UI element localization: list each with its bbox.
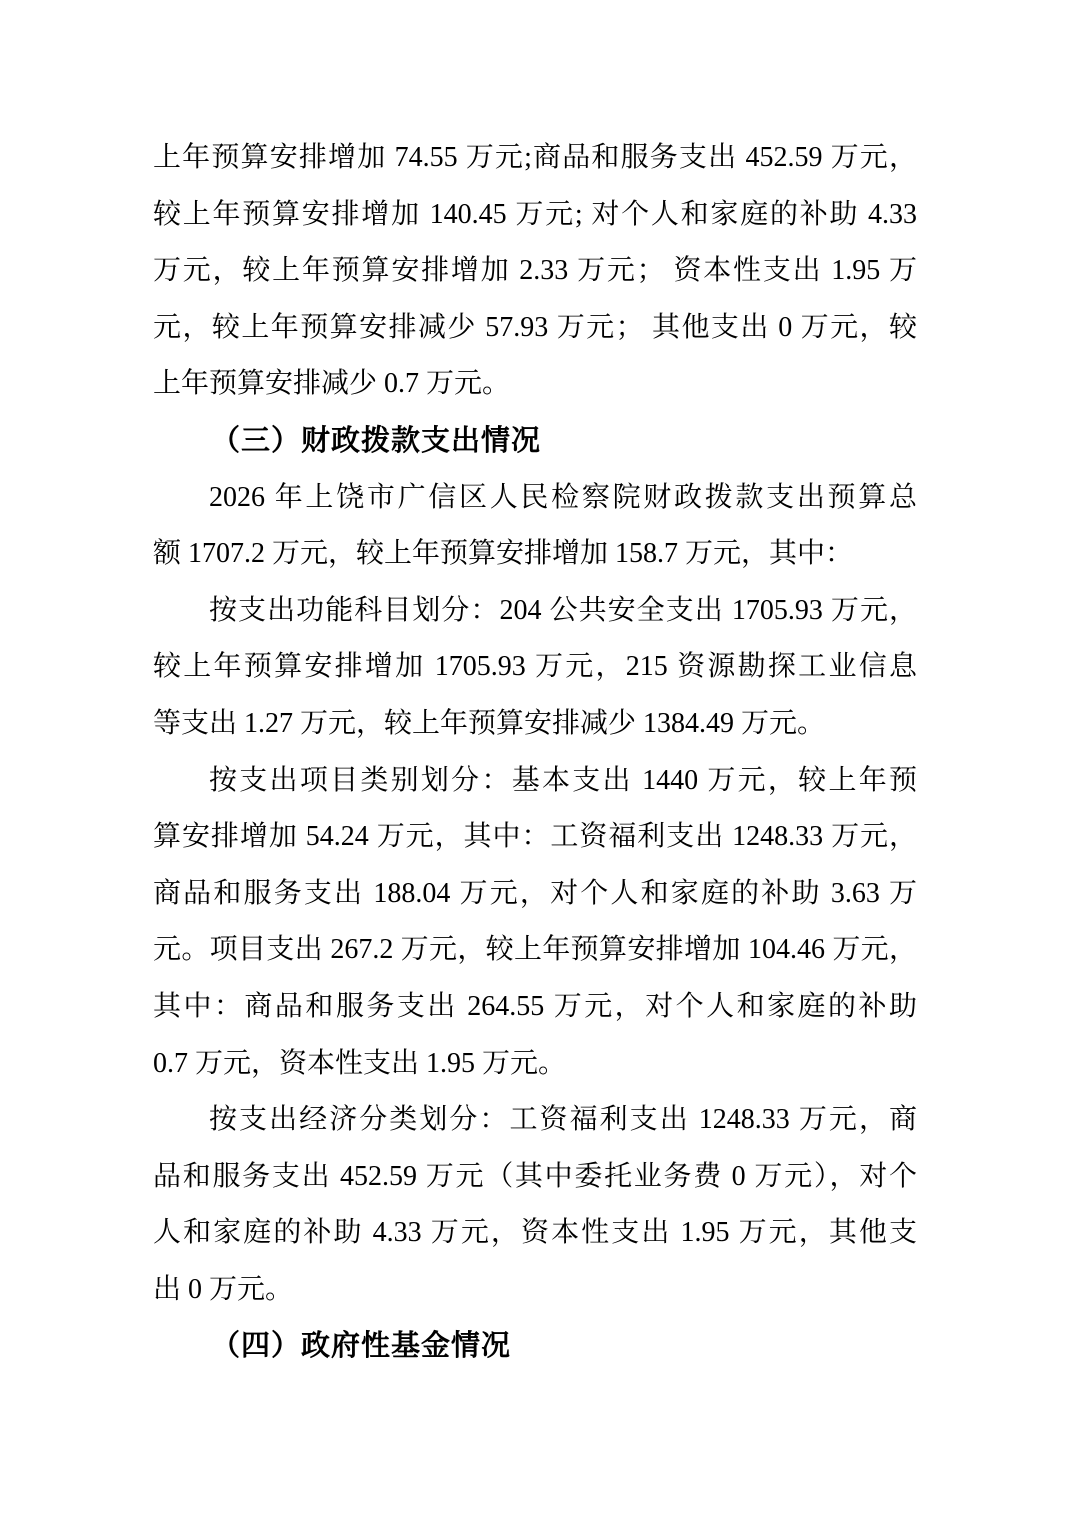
- text-line: 等支出 1.27 万元，较上年预算安排减少 1384.49 万元。: [153, 696, 917, 753]
- text-line: 较上年预算安排增加 1705.93 万元，215 资源勘探工业信息: [153, 639, 917, 696]
- text-line: 人和家庭的补助 4.33 万元，资本性支出 1.95 万元，其他支: [153, 1205, 917, 1262]
- text-line: 较上年预算安排增加 140.45 万元; 对个人和家庭的补助 4.33: [153, 187, 917, 244]
- section-heading: （三）财政拨款支出情况: [153, 413, 917, 470]
- text-line: 按支出项目类别划分：基本支出 1440 万元，较上年预: [153, 753, 917, 810]
- text-line: 0.7 万元，资本性支出 1.95 万元。: [153, 1036, 917, 1093]
- text-line: 2026 年上饶市广信区人民检察院财政拨款支出预算总: [153, 470, 917, 527]
- text-line: 按支出经济分类划分：工资福利支出 1248.33 万元，商: [153, 1092, 917, 1149]
- text-line: 额 1707.2 万元，较上年预算安排增加 158.7 万元，其中：: [153, 526, 917, 583]
- text-line: 按支出功能科目划分：204 公共安全支出 1705.93 万元，: [153, 583, 917, 640]
- text-line: 出 0 万元。: [153, 1262, 917, 1319]
- text-line: 元，较上年预算安排减少 57.93 万元； 其他支出 0 万元，较: [153, 300, 917, 357]
- document-body: 上年预算安排增加 74.55 万元;商品和服务支出 452.59 万元，较上年预…: [153, 130, 917, 1375]
- text-line: 元。项目支出 267.2 万元，较上年预算安排增加 104.46 万元，: [153, 922, 917, 979]
- document-page: 上年预算安排增加 74.55 万元;商品和服务支出 452.59 万元，较上年预…: [0, 0, 1074, 1520]
- text-line: 商品和服务支出 188.04 万元，对个人和家庭的补助 3.63 万: [153, 866, 917, 923]
- text-line: 上年预算安排减少 0.7 万元。: [153, 356, 917, 413]
- text-line: 万元，较上年预算安排增加 2.33 万元； 资本性支出 1.95 万: [153, 243, 917, 300]
- text-line: 算安排增加 54.24 万元，其中：工资福利支出 1248.33 万元，: [153, 809, 917, 866]
- text-line: 品和服务支出 452.59 万元（其中委托业务费 0 万元），对个: [153, 1149, 917, 1206]
- text-line: 上年预算安排增加 74.55 万元;商品和服务支出 452.59 万元，: [153, 130, 917, 187]
- text-line: 其中：商品和服务支出 264.55 万元，对个人和家庭的补助: [153, 979, 917, 1036]
- section-heading: （四）政府性基金情况: [153, 1318, 917, 1375]
